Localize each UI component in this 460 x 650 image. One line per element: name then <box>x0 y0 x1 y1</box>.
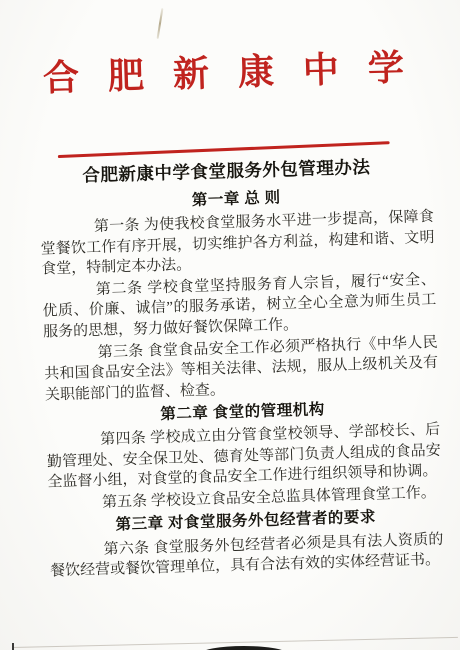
scanned-document-page: { "doc": { "school_name": "合 肥 新 康 中 学",… <box>0 0 460 650</box>
chapter-1-paragraph-2: 第二条 学校食堂坚持服务育人宗旨，履行“安全、优质、价廉、诚信”的服务承诺，树立… <box>42 270 438 343</box>
chapter-1-paragraph-3: 第三条 食堂食品安全工作必须严格执行《中华人民共和国食品安全法》等相关法律、法规… <box>43 333 439 406</box>
chapter-1-paragraph-1: 第一条 为使我校食堂服务水平进一步提高，保障食堂餐饮工作有序开展，切实维护各方利… <box>40 207 436 280</box>
chapter-3-paragraph-1: 第六条 食堂服务外包经营者必须是具有法人资质的餐饮经营或餐饮管理单位，具有合法有… <box>49 530 444 582</box>
school-name-header: 合 肥 新 康 中 学 <box>0 43 454 103</box>
scan-bottom-left-mark <box>12 643 14 650</box>
scan-content: 合 肥 新 康 中 学 合肥新康中学食堂服务外包管理办法 第一章 总 则 第一条… <box>0 0 460 650</box>
chapter-2-paragraph-1: 第四条 学校成立由分管食堂校领导、学部校长、后勤管理处、安全保卫处、德育处等部门… <box>46 420 442 493</box>
document-body: 第一章 总 则 第一条 为使我校食堂服务水平进一步提高，保障食堂餐饮工作有序开展… <box>39 181 444 584</box>
